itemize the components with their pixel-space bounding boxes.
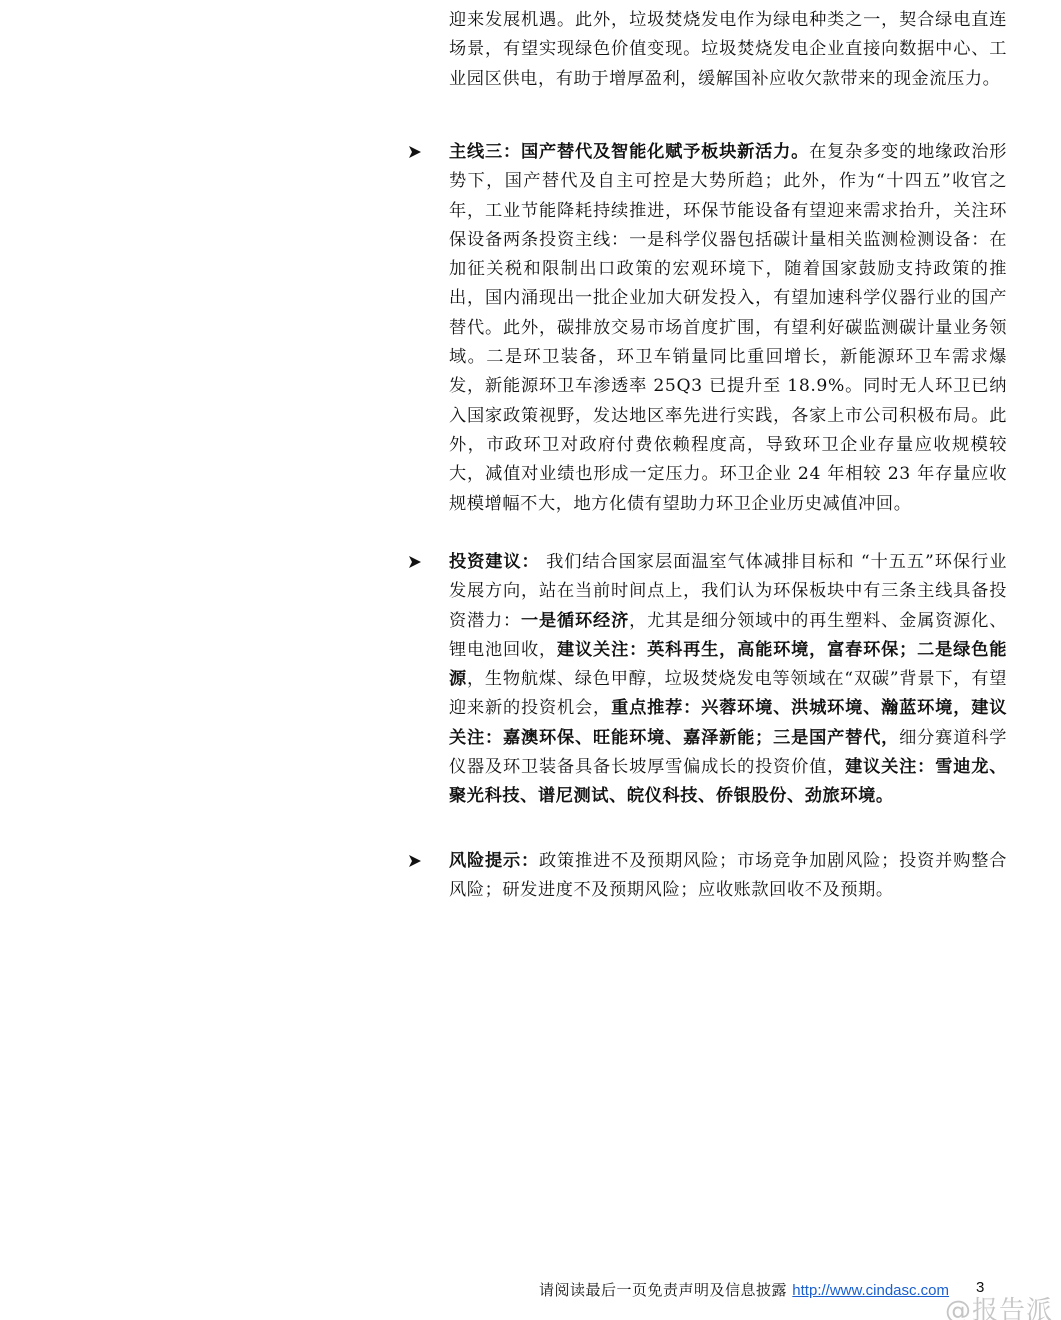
continuation-paragraph: 迎来发展机遇。此外，垃圾焚烧发电作为绿电种类之一，契合绿电直连场景，有望实现绿色… — [449, 6, 1007, 94]
bullet-paragraph: 风险提示：政策推进不及预期风险；市场竞争加剧风险；投资并购整合风险；研发进度不及… — [449, 847, 1007, 906]
arrowhead-bullet-icon — [408, 142, 422, 162]
bullet-emphasis: 一是循环经济 — [521, 611, 629, 631]
bullet-paragraph: 主线三：国产替代及智能化赋予板块新活力。在复杂多变的地缘政治形势下，国产替代及自… — [449, 138, 1007, 519]
watermark: @报告派 — [945, 1290, 1053, 1320]
bullet-paragraph: 投资建议： 我们结合国家层面温室气体减排目标和 “十五五”环保行业发展方向，站在… — [449, 548, 1007, 812]
document-page: 迎来发展机遇。此外，垃圾焚烧发电作为绿电种类之一，契合绿电直连场景，有望实现绿色… — [0, 0, 1061, 1320]
bullet-heading: 投资建议： — [449, 552, 540, 572]
website-link[interactable]: http://www.cindasc.com — [792, 1282, 949, 1299]
bullet-heading: 主线三：国产替代及智能化赋予板块新活力。 — [449, 142, 809, 162]
page-footer: 请阅读最后一页免责声明及信息披露 http://www.cindasc.com — [539, 1279, 949, 1303]
arrowhead-bullet-icon — [408, 552, 422, 572]
footer-disclaimer: 请阅读最后一页免责声明及信息披露 — [539, 1281, 787, 1299]
bullet-body: 在复杂多变的地缘政治形势下，国产替代及自主可控是大势所趋；此外，作为“十四五”收… — [449, 142, 1007, 514]
arrowhead-bullet-icon — [408, 851, 422, 871]
bullet-heading: 风险提示： — [449, 851, 539, 871]
